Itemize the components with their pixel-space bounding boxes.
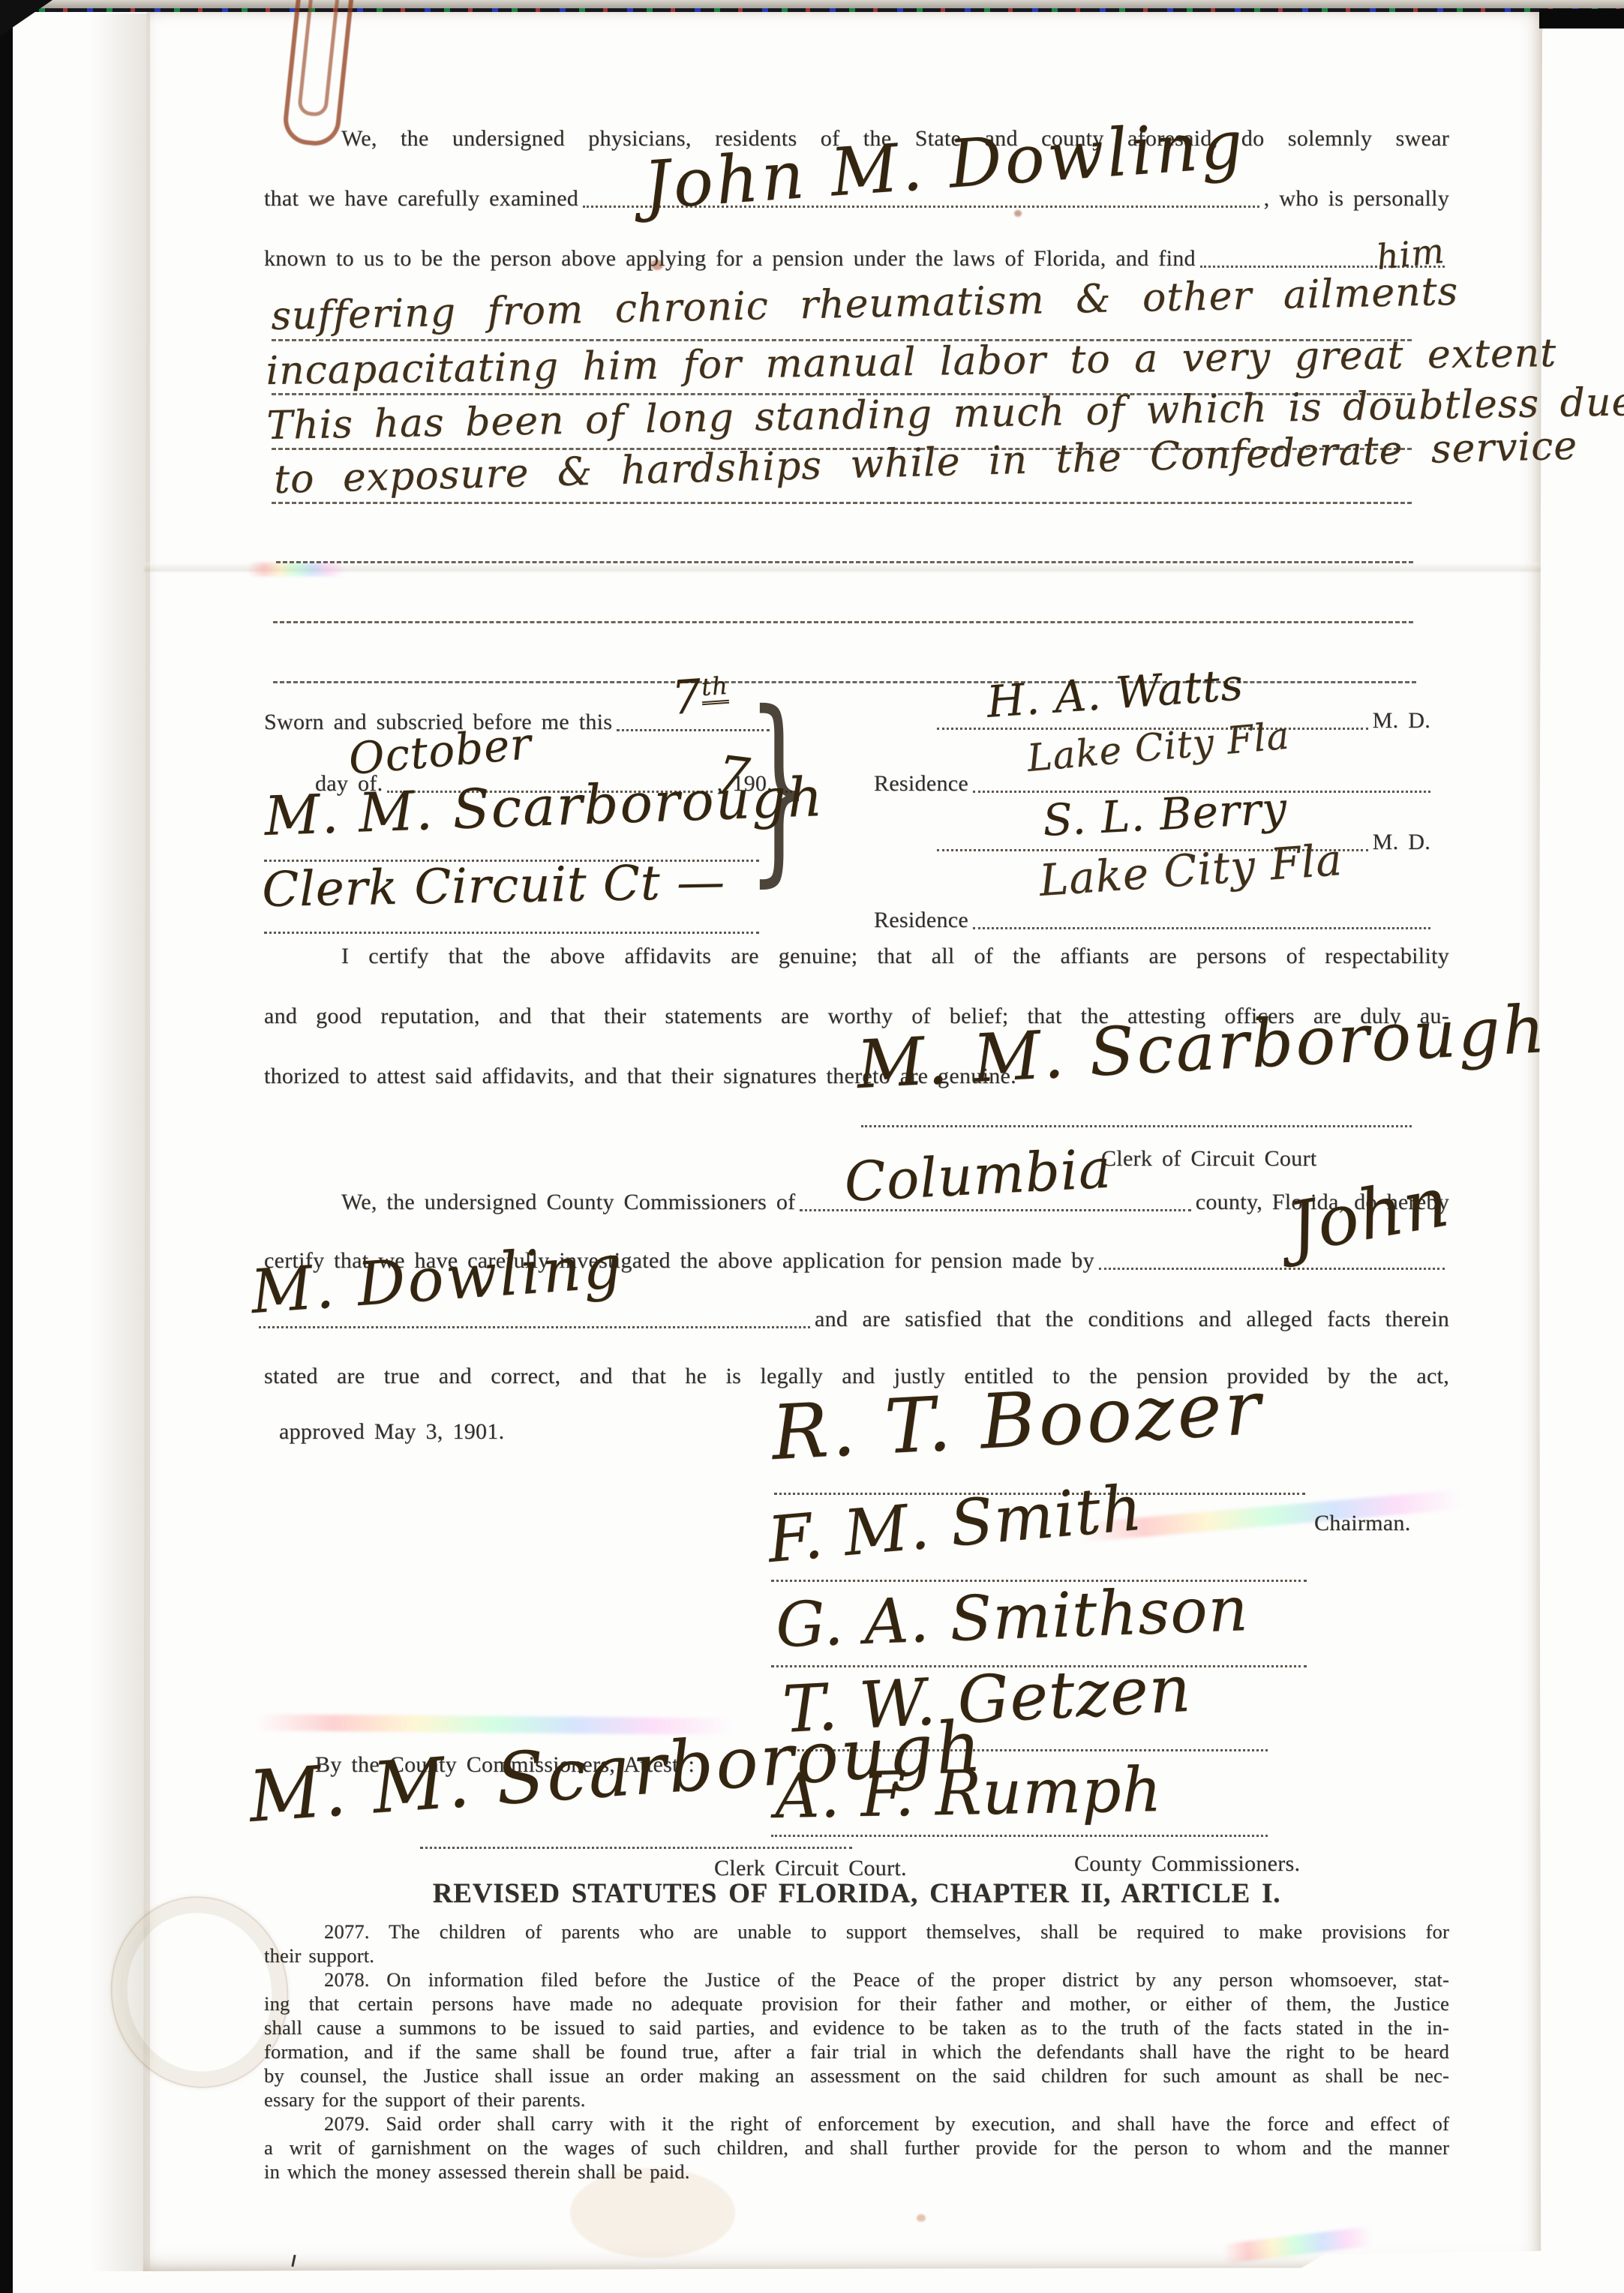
clerk-cert-line-1: I certify that the above affidavits are … [341,944,1449,969]
statute-2077-line-2: their support. [264,1944,374,1967]
scanner-edge-top-right [1539,9,1624,29]
signature-dotted-line [861,1125,1412,1127]
oath-line-3: known to us to be the person above apply… [264,246,1196,272]
comm-cert-line1-pre: We, the undersigned County Commissioners… [341,1190,795,1215]
oath-line-2-pre: that we have carefully examined [264,186,578,212]
statute-2079-line-2: a writ of garnishment on the wages of su… [264,2136,1449,2159]
leader-dots [973,927,1430,929]
paper-crease [144,563,1541,572]
md2-degree-label: M. D. [1373,830,1430,855]
scanner-corner-top-left [0,0,53,36]
residence1-label: Residence [874,771,968,797]
statute-2078-line-4: formation, and if the same shall be foun… [264,2040,1449,2063]
ruled-dash-line-empty [273,621,1413,623]
statute-2078-line-6: essary for the support of their parents. [264,2088,586,2111]
ruled-dash-line-empty [273,681,1416,683]
scan-artifact-rgb-line [0,8,1624,12]
statute-2078-line-2: ing that certain persons have made no ad… [264,1992,1449,2015]
statute-2079-line-1: 2079. Said order shall carry with it the… [264,2112,1449,2135]
statute-2077-line-1: 2077. The children of parents who are un… [264,1920,1449,1943]
scanner-edge-left [0,0,13,2293]
statute-2078-line-3: shall cause a summons to be issued to sa… [264,2016,1449,2039]
leader-dots [259,1326,810,1328]
signature-dotted-line [420,1847,852,1849]
statute-2078-line-5: by counsel, the Justice shall issue an o… [264,2064,1449,2087]
scanned-pension-document: We, the undersigned physicians, resident… [0,0,1624,2293]
md1-degree-label: M. D. [1373,708,1430,734]
ruled-dash-line [272,502,1412,504]
clerk-circuit-court-label: Clerk Circuit Court. [714,1856,907,1881]
day-number: 7 [670,668,704,725]
county-commissioners-label: County Commissioners. [1074,1851,1300,1877]
clerk-of-circuit-court-label: Clerk of Circuit Court [1101,1146,1316,1172]
comm-cert-line3-post: and are satisfied that the conditions an… [815,1307,1449,1332]
statute-2078-line-1: 2078. On information filed before the Ju… [264,1968,1449,1991]
leader-dots [1099,1268,1445,1270]
oath-line-2-post: , who is personally [1264,186,1449,212]
handwritten-clerk-title: Clerk Circuit Ct — [262,854,726,918]
ink-stain [917,2214,926,2222]
statute-2079-line-3: in which the money assessed therein shal… [264,2160,690,2183]
day-ordinal-suffix: th [701,671,730,705]
ruled-dash-line-empty [276,561,1413,563]
scanner-edge-top [0,0,1624,8]
signature-dotted-line [771,1835,1268,1837]
residence2-label: Residence [874,908,968,933]
comm-cert-line-5: approved May 3, 1901. [279,1419,504,1445]
signature-dotted-line [264,932,759,934]
handwritten-day-number: 7th [670,667,731,725]
chairman-label: Chairman. [1314,1511,1411,1536]
statutes-title: REVISED STATUTES OF FLORIDA, CHAPTER II,… [264,1881,1449,1907]
scan-iridescence-artifact [248,563,345,576]
